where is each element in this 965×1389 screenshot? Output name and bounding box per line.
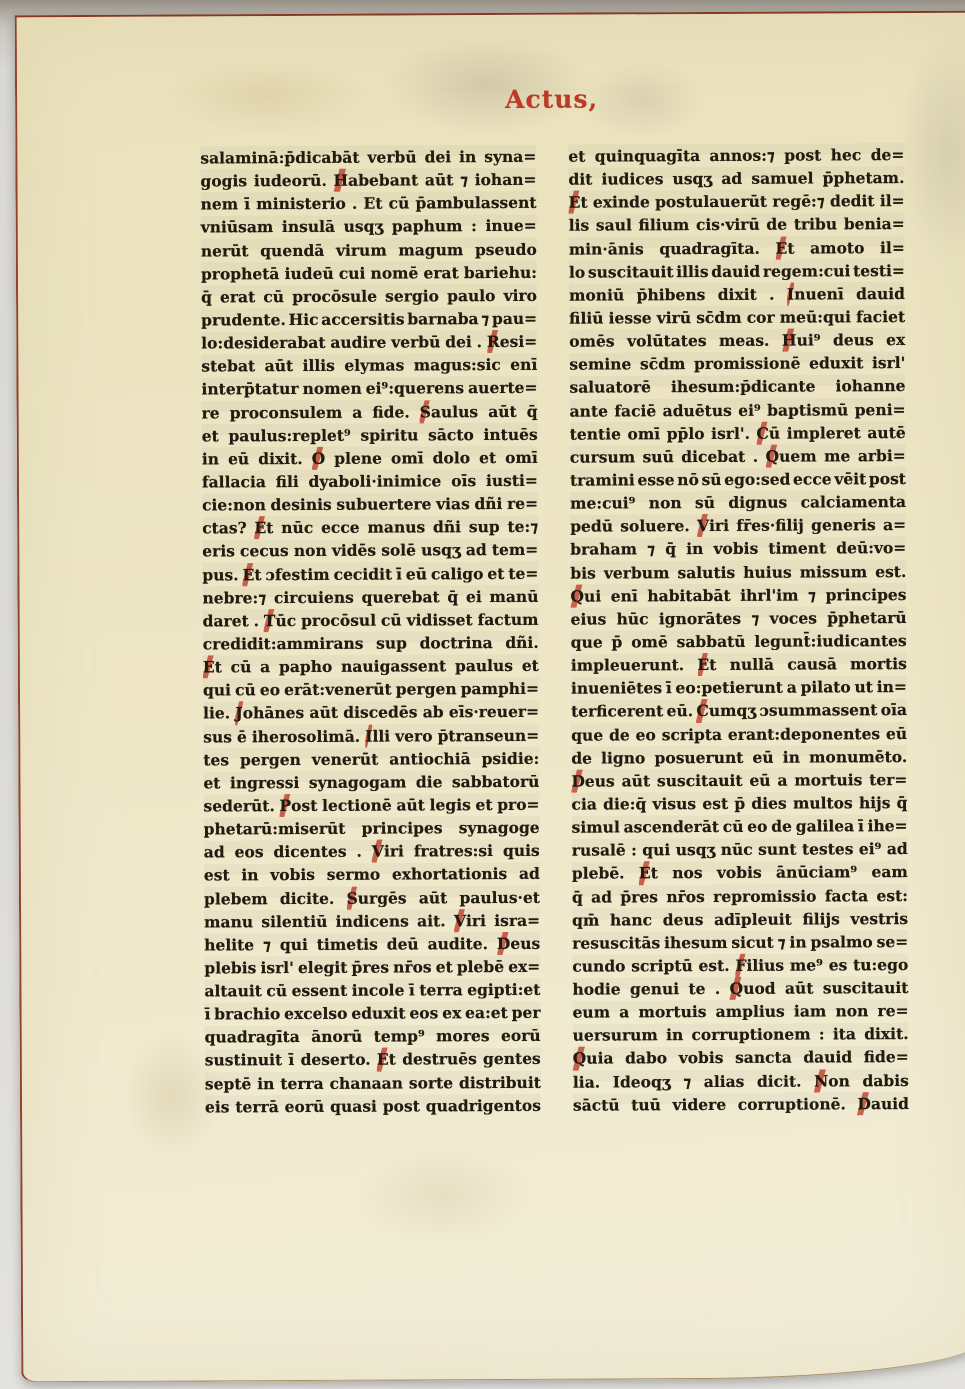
text-line: sederūt.Postlectionēaūtlegisetpro= (203, 793, 539, 818)
text-line: etingressisynagogamdiesabbatorū (203, 770, 539, 795)
text-line: lissaulfiliumcis·virūdetribubenia= (569, 212, 905, 237)
text-line: plebemdicite.Surgēsaūtpaulus·et (204, 885, 540, 910)
text-line: altauitcūessentincoleīterraegipti:et (204, 978, 540, 1003)
text-line: moniūp̄hibensdixit.Inuenīdauid (569, 282, 905, 307)
text-line: gogisiudeorū.Habebantaūt⁊iohan= (200, 168, 536, 193)
text-line: credidit:ammiranssupdoctrinadñi. (203, 631, 539, 656)
text-line: ineūdixit.Opleneomīdoloetomī (202, 446, 538, 471)
text-line: quep̄omēsabbatūlegunt̄:iudicantes (571, 629, 907, 654)
text-line: fallaciafilidyaboli·inimiceoīsiusti= (202, 469, 538, 494)
text-line: Etcūapaphonauigassentpauluset (203, 654, 539, 679)
text-line: inueniētesīeo:petieruntapilatoutin= (571, 675, 907, 700)
text-line: omēsvolūtatesmeas.Hui⁹deusex (569, 328, 905, 353)
text-line: daret.Tūcprocōsulcūvidissetfactum (203, 608, 539, 633)
text-line: simulascenderātcūeodegalileaīihe= (572, 814, 908, 839)
text-line: antefaciēaduētusei⁹baptismūpeni= (570, 398, 906, 423)
text-line: delignoposuerunteūinmonumēto. (571, 745, 907, 770)
text-line: qm̄hancdeusadīpleuitfilijsvestris (572, 907, 908, 932)
text-line: uersurumincorruptionem:itadixit. (573, 1022, 909, 1047)
text-line: reproconsulemafide.Saulusaūtq̄ (202, 399, 538, 424)
text-line: filiūiessevirūsc̄dmcormeū:quifaciet (569, 305, 905, 330)
text-line: quedeeoscriptaerant:deponenteseū (571, 722, 907, 747)
text-line: cie:nondesinissubuertereviasdñire= (202, 492, 538, 517)
text-line: helite⁊quitimetisdeūaudite.Deus (204, 932, 540, 957)
text-line: eisterrāeorūquasipostquadrigentos (205, 1094, 541, 1119)
text-line: quadragītaānorūtemp⁹moreseorū (205, 1024, 541, 1049)
text-line: ctas?Etnūceccemanusdñisupte:⁊ (202, 515, 538, 540)
text-line: salaminā:p̄dicabātverbūdeiinsyna= (200, 145, 536, 170)
text-line: tespergenvenerūtantiochiāpsidie: (203, 746, 539, 771)
running-header: Actus, (505, 84, 598, 113)
text-line: pedūsoluere.Virifr̄es·filijgenerisa= (570, 513, 906, 538)
text-line: ībrachioexcelsoeduxiteosexea:etper (204, 1001, 540, 1026)
text-line: adeosdicentes.Virifratres:siquis (204, 839, 540, 864)
text-line: Quiadabovobissanctadauidfide= (573, 1045, 909, 1070)
text-line: etquinquagītaannos:⁊posthecde= (568, 143, 904, 168)
text-line: lia.Ideoqʒ⁊aliasdicit.Nondabis (573, 1069, 909, 1094)
text-line: stebataūtilliselymasmagus:sicenī (201, 353, 537, 378)
text-line: plebisisrl'elegitp̄resnr̄osetplebēex= (204, 955, 540, 980)
text-line: eiushūcignorātes⁊vocesp̄phetarū (571, 606, 907, 631)
text-line: lo:desiderabataudireverbūdei.Resi= (201, 330, 537, 355)
text-line: tentieomīpp̄loisrl'.Cūimpleretautē (570, 421, 906, 446)
text-line: manusilentiūindicensait.Viriisra= (204, 908, 540, 933)
text-line: vniūsaminsulāusqʒpaphum:inue= (201, 214, 537, 239)
text-line: sāctūtuūviderecorruptionē.Dauid (573, 1092, 909, 1117)
text-line: phetarū:miserūtprincipessynagoge (204, 816, 540, 841)
text-line: nemīministerio.Etcūp̄ambulassent (201, 191, 537, 216)
text-line: q̄eratcūprocōsulesergiopauloviro (201, 284, 537, 309)
text-line: etpaulus:replet⁹spiritusāctointuēs (202, 422, 538, 447)
text-line: eumamortuisampliusiamnonre= (572, 999, 908, 1024)
text-line: saluatorēihesum:p̄dicanteiohanne (569, 374, 905, 399)
text-line: nerūtquendāvirummagumpseudo (201, 237, 537, 262)
text-line: quicūeoerāt:venerūtpergenpamphi= (203, 677, 539, 702)
text-line: losuscitauitillisdauidregem:cuitesti= (569, 259, 905, 284)
text-line: impleuerunt.Etnullācausāmortis (571, 652, 907, 677)
text-column-right: etquinquagītaannos:⁊posthecde=ditiudices… (568, 143, 909, 1117)
text-line: nebre:⁊circuiensquerebatq̄eimanū (202, 584, 538, 609)
text-line: ditiudicesusqʒadsamuelp̄phetam. (568, 166, 904, 191)
text-line: me:cui⁹nonsūdignuscalciamenta (570, 490, 906, 515)
text-line: cursumsuūdicebat.Quemmearbi= (570, 444, 906, 469)
text-line: interp̄taturnomenei⁹:querensauerte= (201, 376, 537, 401)
text-line: prophetāiudeūcuinomēeratbariehu: (201, 261, 537, 286)
text-line: estinvobissermoexhortationisad (204, 862, 540, 887)
text-line: Etexindepostulauerūtregē:⁊deditil= (569, 189, 905, 214)
text-line: q̄adp̄resnr̄osrepromissiofactaest: (572, 883, 908, 908)
text-line: plebē.Etnosvobisānūciam⁹eam (572, 860, 908, 885)
text-line: braham⁊q̄invobistimentdeū:vo= (570, 536, 906, 561)
text-line: resuscitāsihesumsicut⁊inpsalmose= (572, 930, 908, 955)
text-line: traminiessenōsūego:sedeccevēitpost (570, 467, 906, 492)
text-line: ciadie:q̄visusestp̄diesmultoshijsq̄ (571, 791, 907, 816)
text-line: seminesc̄dmpromissionēeduxitisrl' (569, 351, 905, 376)
text-line: susēiherosolimā.Illiverop̄transeun= (203, 723, 539, 748)
text-line: bisverbumsalutishuiusmissumest. (570, 560, 906, 585)
text-line: terficerenteū.Cumqʒɔsummassentoīa (571, 698, 907, 723)
text-line: pus.Etɔfestimceciditīeūcaligoette= (202, 561, 538, 586)
text-line: Deusaūtsuscitauiteūamortuister= (571, 768, 907, 793)
text-line: prudente.Hicaccersitisbarnaba⁊pau= (201, 307, 537, 332)
text-line: septēinterrachanaansortedistribuit (205, 1070, 541, 1095)
text-line: Quienīhabitabātihrl'im⁊principes (570, 583, 906, 608)
manuscript-page: Actus, salaminā:p̄dicabātverbūdeiinsyna=… (15, 11, 965, 1383)
text-column-left: salaminā:p̄dicabātverbūdeiinsyna=gogisiu… (200, 145, 541, 1119)
text-line: rusalē:quiusqʒnūcsunttestesei⁹ad (572, 837, 908, 862)
text-line: sustinuitīdeserto.Etdestruēsgentes (205, 1047, 541, 1072)
text-line: min·ānisquadragīta.Etamotoil= (569, 236, 905, 261)
text-line: cundoscriptūest.Filiusme⁹estu:ego (572, 953, 908, 978)
text-line: eriscecusnonvidēssolēusqʒadtem= (202, 538, 538, 563)
text-line: hodiegenuite.Quodaūtsuscitauit (572, 976, 908, 1001)
text-line: lie.Johānesaūtdiscedēsabeīs·reuer= (203, 700, 539, 725)
